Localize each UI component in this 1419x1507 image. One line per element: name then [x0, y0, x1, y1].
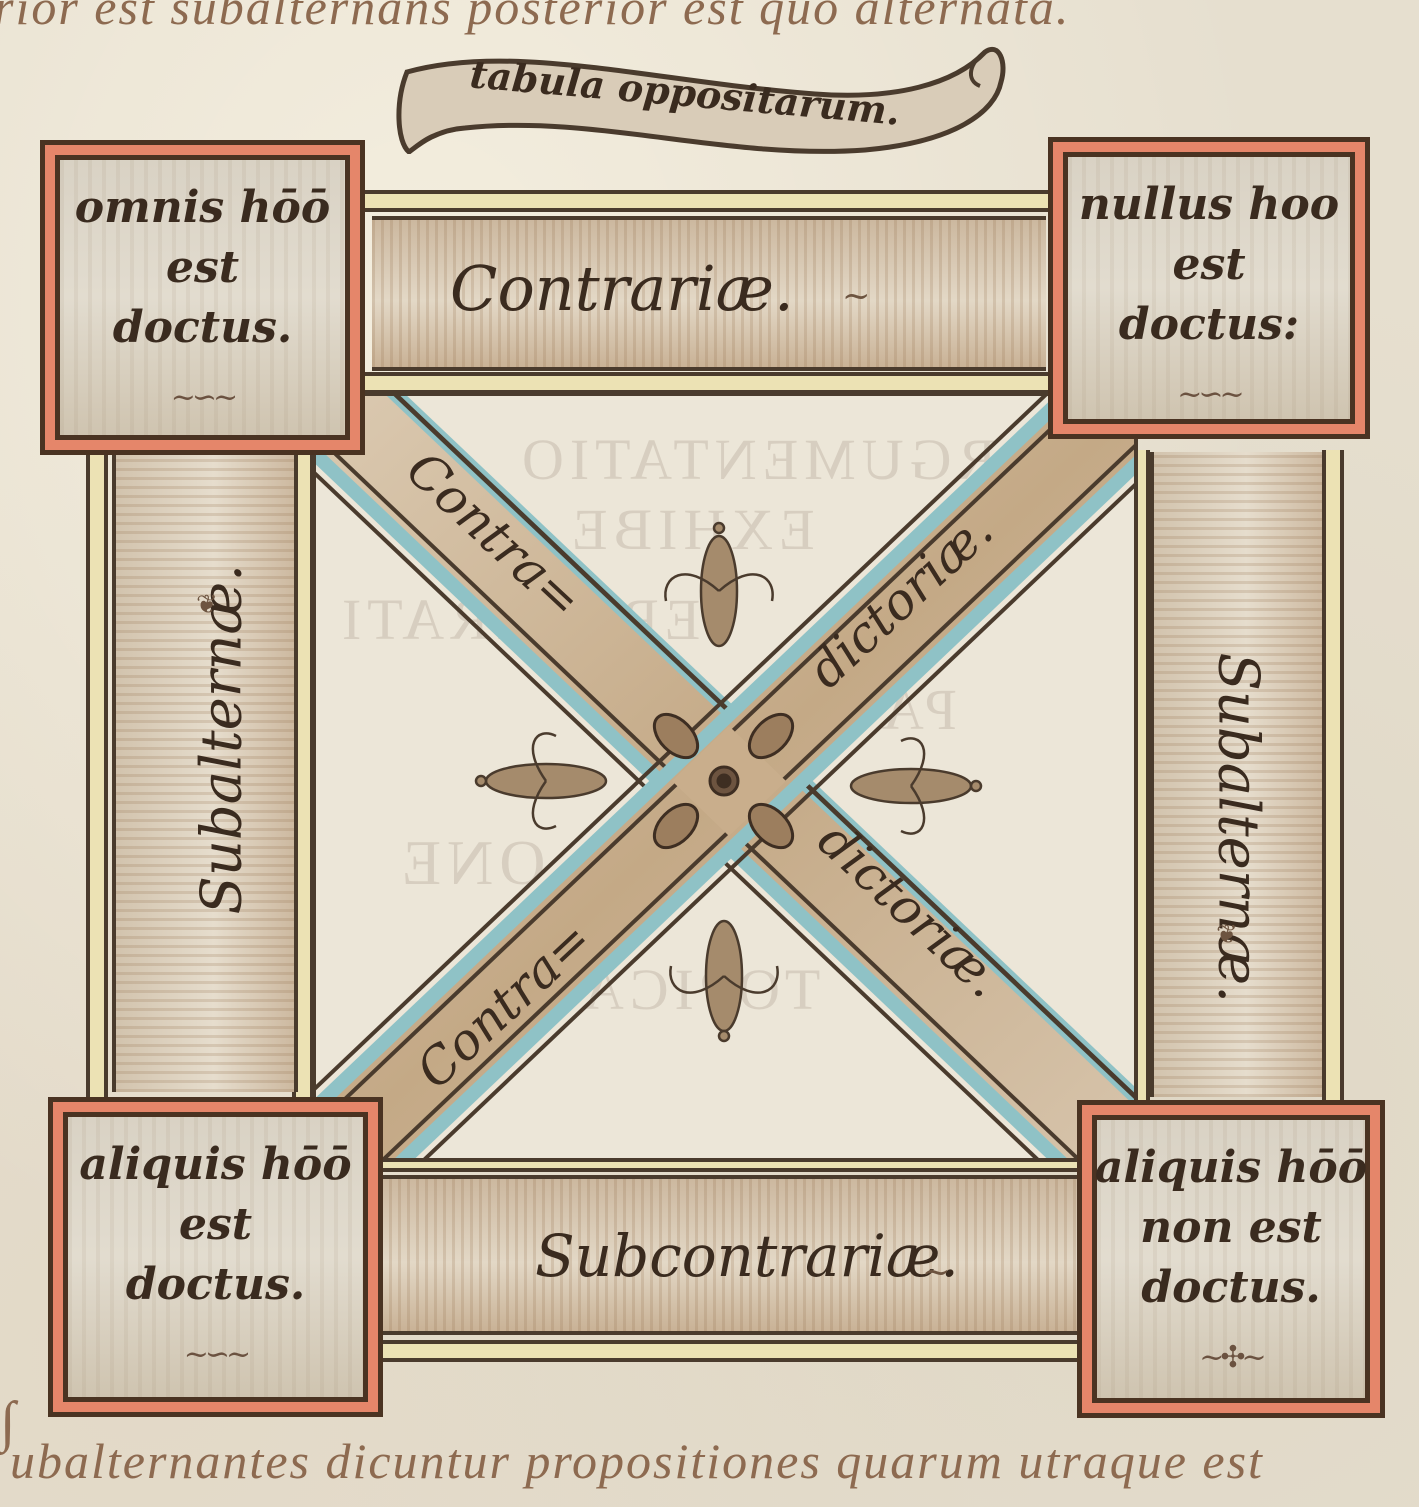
proposition-line: est — [179, 1195, 252, 1255]
proposition-line: omnis hōō — [75, 178, 330, 238]
label-subcontrariae: Subcontrariæ. — [535, 1222, 959, 1290]
flourish-icon: ~ — [842, 276, 871, 316]
rail-top-outer — [365, 190, 1055, 212]
flourish-icon: ❦ — [196, 590, 218, 620]
flourish-icon: ~∽~ — [171, 380, 234, 415]
flourish-icon: ~∽~ — [184, 1337, 247, 1372]
flourish-icon: ~∽~ — [1177, 377, 1240, 412]
proposition-line: aliquis hōō — [1095, 1138, 1367, 1198]
proposition-line: est — [166, 238, 239, 298]
manuscript-text-line-top: rior est subalternans posterior est quo … — [0, 0, 1419, 36]
manuscript-text-line-bottom: ubalternantes dicuntur propositiones qua… — [10, 1432, 1419, 1490]
corner-box-universal-negative: nullus hoo est doctus: ~∽~ — [1048, 137, 1370, 439]
flourish-icon: ❦ — [1216, 920, 1238, 950]
label-subalternae-right: Subalternæ. — [1206, 653, 1271, 933]
proposition-line: doctus. — [113, 298, 292, 358]
proposition-line: doctus: — [1119, 295, 1299, 355]
label-contrariae: Contrariæ. — [450, 252, 794, 325]
rail-bottom-outer — [380, 1340, 1080, 1362]
proposition-line: non est — [1140, 1198, 1322, 1258]
corner-box-particular-affirmative: aliquis hōō est doctus. ~∽~ — [48, 1097, 383, 1417]
proposition-line: aliquis hōō — [79, 1135, 351, 1195]
corner-box-universal-affirmative: omnis hōō est doctus. ~∽~ — [40, 140, 365, 455]
rail-left-outer — [86, 450, 108, 1100]
title-banner: tabula oppositarum. — [395, 42, 1007, 154]
proposition-line: est — [1172, 235, 1245, 295]
corner-box-particular-negative: aliquis hōō non est doctus. ~✣~ — [1077, 1100, 1385, 1418]
flourish-icon: ~ — [922, 1252, 951, 1292]
rail-top-inner — [365, 372, 1055, 394]
flourish-icon: ~✣~ — [1199, 1340, 1262, 1375]
proposition-line: nullus hoo — [1079, 175, 1339, 235]
proposition-line: doctus. — [1141, 1258, 1320, 1318]
inner-field: ARGUMENTATIO EXHIBE ERTI ERATI PA AR ONE… — [312, 392, 1138, 1162]
proposition-line: doctus. — [126, 1255, 305, 1315]
label-subalternae-left: Subalternæ. — [190, 635, 255, 915]
